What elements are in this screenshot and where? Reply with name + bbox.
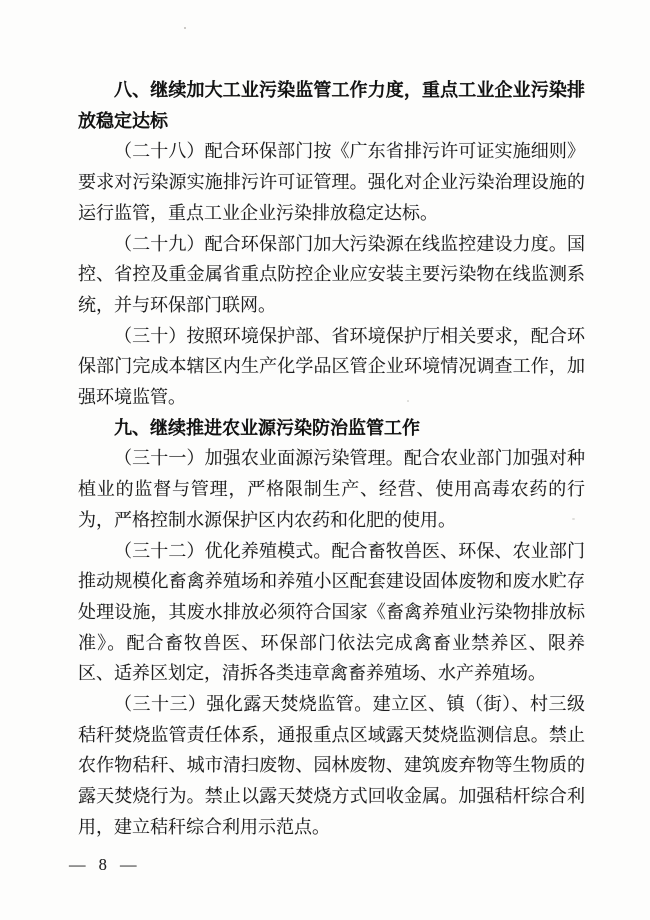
paragraph-29: （二十九）配合环保部门加大污染源在线监控建设力度。国控、省控及重金属省重点防控企… [78,229,585,321]
scan-speck [572,518,575,520]
paragraph-32: （三十二）优化养殖模式。配合畜牧兽医、环保、农业部门推动规模化畜禽养殖场和养殖小… [78,536,585,690]
page-number: — 8 — [69,855,138,875]
scan-speck [184,27,186,29]
paragraph-30: （三十）按照环境保护部、省环境保护厅相关要求，配合环保部门完成本辖区内生产化学品… [78,321,585,413]
paragraph-28: （二十八）配合环保部门按《广东省排污许可证实施细则》要求对污染源实施排污许可证管… [78,136,585,228]
section-heading-9: 九、继续推进农业源污染防治监管工作 [78,413,585,444]
section-heading-8: 八、继续加大工业污染监管工作力度，重点工业企业污染排放稳定达标 [78,75,585,136]
document-body: 八、继续加大工业污染监管工作力度，重点工业企业污染排放稳定达标 （二十八）配合环… [78,75,585,843]
paragraph-31: （三十一）加强农业面源污染管理。配合农业部门加强对种植业的监督与管理，严格限制生… [78,443,585,535]
paragraph-33: （三十三）强化露天焚烧监管。建立区、镇（街）、村三级秸秆焚烧监管责任体系，通报重… [78,689,585,843]
scanned-document-page: 八、继续加大工业污染监管工作力度，重点工业企业污染排放稳定达标 （二十八）配合环… [0,0,650,920]
scan-speck [407,400,409,402]
